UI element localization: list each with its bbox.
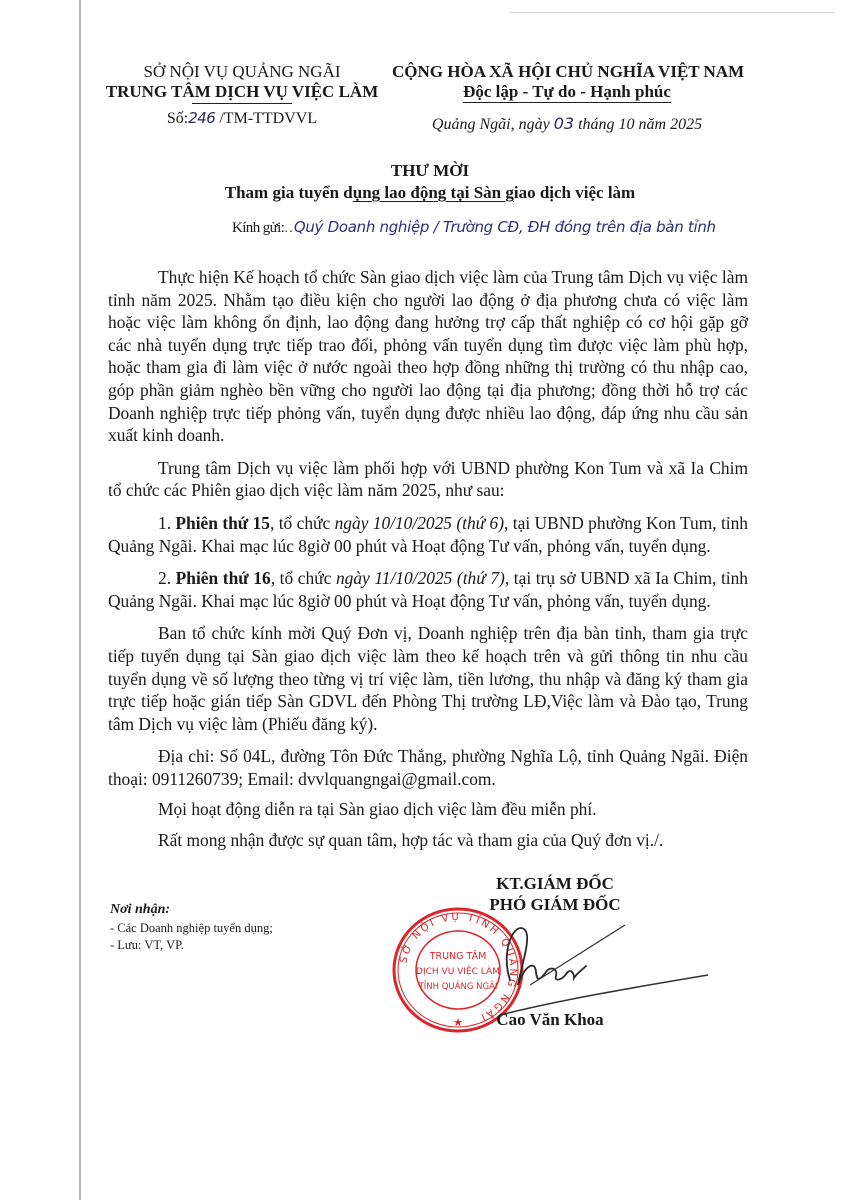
number-handwritten: 246 [188, 109, 215, 127]
letter-title: THƯ MỜI [100, 160, 760, 182]
number-suffix: /TM-TTDVVL [219, 110, 317, 127]
header-agency-block: SỞ NỘI VỤ QUẢNG NGÃI TRUNG TÂM DỊCH VỤ V… [92, 62, 392, 129]
letter-body: Thực hiện Kế hoạch tổ chức Sàn giao dịch… [108, 266, 748, 860]
national-motto: Độc lập - Tự do - Hạnh phúc [392, 82, 742, 102]
scan-artifact-line [510, 12, 835, 13]
session-item: 2. Phiên thứ 16, tổ chức ngày 11/10/2025… [108, 567, 748, 612]
signature-title-line1: KT.GIÁM ĐỐC [450, 873, 660, 894]
letter-title-block: THƯ MỜI Tham gia tuyển dụng lao động tại… [100, 160, 760, 204]
paragraph-free: Mọi hoạt động diễn ra tại Sàn giao dịch … [108, 798, 748, 821]
agency-name: TRUNG TÂM DỊCH VỤ VIỆC LÀM [92, 82, 392, 102]
scan-edge-line [79, 0, 81, 1200]
document-number: Số:246 /TM-TTDVVL [92, 108, 392, 129]
letter-subtitle: Tham gia tuyển dụng lao động tại Sàn gia… [100, 182, 760, 204]
addressee-label: Kính gửi: [232, 220, 284, 236]
recipient-item: - Các Doanh nghiệp tuyển dụng; [110, 920, 370, 937]
recipients-block: Nơi nhận: - Các Doanh nghiệp tuyển dụng;… [110, 900, 370, 954]
day-handwritten: 03 [554, 114, 574, 133]
paragraph-coordination: Trung tâm Dịch vụ việc làm phối hợp với … [108, 457, 748, 502]
addressee-handwritten: Quý Doanh nghiệp / Trường CĐ, ĐH đóng tr… [294, 218, 716, 236]
place-date: Quảng Ngãi, ngày 03 tháng 10 năm 2025 [392, 114, 742, 135]
paragraph-intro: Thực hiện Kế hoạch tổ chức Sàn giao dịch… [108, 266, 748, 447]
paragraph-invitation: Ban tổ chức kính mời Quý Đơn vị, Doanh n… [108, 622, 748, 735]
national-title: CỘNG HÒA XÃ HỘI CHỦ NGHĨA VIỆT NAM [392, 62, 742, 82]
header-national-block: CỘNG HÒA XÃ HỘI CHỦ NGHĨA VIỆT NAM Độc l… [392, 62, 742, 135]
number-prefix: Số: [167, 110, 188, 127]
paragraph-address: Địa chỉ: Số 04L, đường Tôn Đức Thắng, ph… [108, 745, 748, 790]
ministry-name: SỞ NỘI VỤ QUẢNG NGÃI [92, 62, 392, 82]
recipient-item: - Lưu: VT, VP. [110, 937, 370, 954]
paragraph-closing: Rất mong nhận được sự quan tâm, hợp tác … [108, 829, 748, 852]
signer-name: Cao Văn Khoa [450, 1010, 650, 1030]
session-item: 1. Phiên thứ 15, tổ chức ngày 10/10/2025… [108, 512, 748, 557]
agency-underline [192, 103, 292, 104]
recipients-heading: Nơi nhận: [110, 900, 370, 920]
addressee-line: Kính gửi:..Quý Doanh nghiệp / Trường CĐ,… [232, 218, 850, 237]
